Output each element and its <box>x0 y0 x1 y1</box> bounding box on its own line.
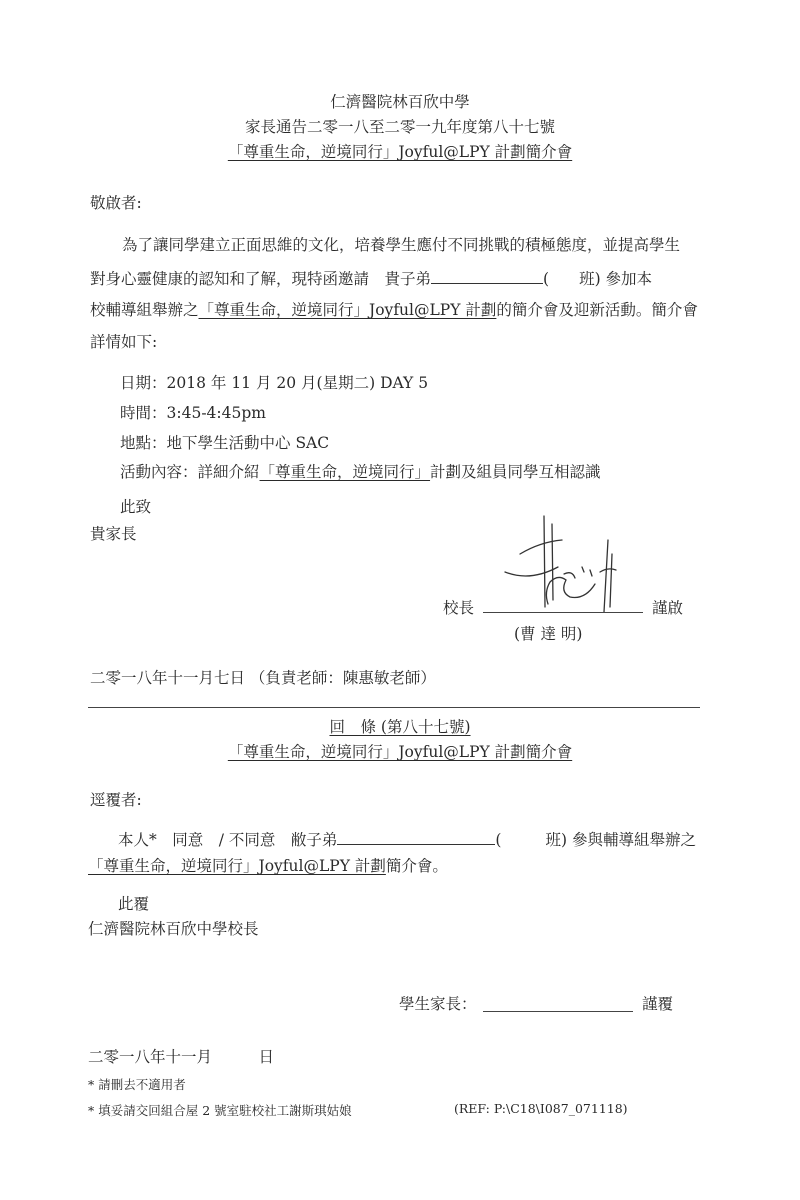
footnote-1: * 請刪去不適用者 <box>88 1075 186 1093</box>
detail-value-end: 計劃及組員同學互相認識 <box>430 463 601 481</box>
notice-title: 「尊重生命，逆境同行」Joyful@LPY 計劃簡介會 <box>228 143 572 161</box>
program-name: 「尊重生命，逆境同行」Joyful@LPY 計劃 <box>88 857 386 875</box>
reply-closing-1: 此覆 <box>118 894 149 914</box>
reply-line2-end: 簡介會。 <box>386 857 448 875</box>
detail-value: 詳細介紹 <box>198 463 260 481</box>
detail-content: 活動內容：詳細介紹「尊重生命，逆境同行」計劃及組員同學互相認識 <box>120 462 601 482</box>
reply-salutation: 逕覆者: <box>90 790 142 810</box>
closing-1: 此致 <box>120 497 151 517</box>
consent-choice[interactable]: 本人* 同意 / 不同意 敝子弟 <box>118 831 337 849</box>
reply-title: 回 條 (第八十七號) <box>329 718 470 736</box>
para1-line3: 校輔導組舉辦之「尊重生命，逆境同行」Joyful@LPY 計劃的簡介會及迎新活動… <box>90 300 698 320</box>
reply-date: 二零一八年十一月 日 <box>88 1047 274 1067</box>
parent-signature-field[interactable] <box>483 1011 633 1012</box>
reply-title-number: (第八十七號) <box>381 718 471 736</box>
reply-closing-2: 仁濟醫院林百欣中學校長 <box>88 919 259 939</box>
reply-line2: 「尊重生命，逆境同行」Joyful@LPY 計劃簡介會。 <box>88 856 448 876</box>
detail-label: 活動內容： <box>120 463 198 481</box>
para1-line4: 詳情如下: <box>90 332 157 352</box>
school-name: 仁濟醫院林百欣中學 <box>0 92 800 112</box>
reply-subtitle: 「尊重生命，逆境同行」Joyful@LPY 計劃簡介會 <box>228 743 572 761</box>
para1-line3-end: 的簡介會及迎新活動。簡介會 <box>496 301 698 319</box>
para1-line1: 為了讓同學建立正面思維的文化，培養學生應付不同挑戰的積極態度，並提高學生 <box>122 235 680 255</box>
program-name: 「尊重生命，逆境同行」Joyful@LPY 計劃 <box>199 301 497 319</box>
notice-date: 二零一八年十一月七日 （負責老師：陳惠敏老師） <box>90 668 436 688</box>
parent-label: 學生家長： <box>399 994 477 1014</box>
salutation: 敬啟者: <box>90 193 142 213</box>
para1-line2-text: 對身心靈健康的認知和了解，現特函邀請 貴子弟 <box>90 270 431 288</box>
para1-line3-text: 校輔導組舉辦之 <box>90 301 199 319</box>
principal-label: 校長 <box>443 598 474 618</box>
principal-name: (曹 達 明) <box>514 624 582 644</box>
closing-2: 貴家長 <box>90 524 137 544</box>
principal-end: 謹啟 <box>652 598 683 618</box>
notice-title-wrap: 「尊重生命，逆境同行」Joyful@LPY 計劃簡介會 <box>0 142 800 162</box>
child-name-blank[interactable] <box>337 829 495 845</box>
reply-title-wrap: 回 條 (第八十七號) <box>0 717 800 737</box>
detail-label: 地點： <box>120 434 167 452</box>
para1-line2-end: 班) 參加本 <box>579 270 652 288</box>
signature-image <box>500 512 640 622</box>
detail-value: 2018 年 11 月 20 月(星期二) DAY 5 <box>167 374 429 392</box>
student-name-blank[interactable] <box>431 268 543 284</box>
reply-subtitle-wrap: 「尊重生命，逆境同行」Joyful@LPY 計劃簡介會 <box>0 742 800 762</box>
detail-label: 時間： <box>120 404 167 422</box>
detail-value: 地下學生活動中心 SAC <box>167 434 330 452</box>
reply-line1-end: 班) 參與輔導組舉辦之 <box>545 831 695 849</box>
detail-time: 時間：3:45-4:45pm <box>120 403 266 423</box>
detail-value: 3:45-4:45pm <box>167 404 266 422</box>
detail-location: 地點：地下學生活動中心 SAC <box>120 433 329 453</box>
parent-end: 謹覆 <box>642 994 673 1014</box>
detail-date: 日期：2018 年 11 月 20 月(星期二) DAY 5 <box>120 373 428 393</box>
notice-number: 家長通告二零一八至二零一九年度第八十七號 <box>0 117 800 137</box>
paren-open: ( <box>495 831 501 849</box>
footnote-2: * 填妥請交回組合屋 2 號室駐校社工謝斯琪姑娘 <box>88 1101 352 1119</box>
reference-code: (REF: P:\C18\I087_071118) <box>454 1101 628 1116</box>
paren-open: ( <box>543 270 549 288</box>
reply-title-main: 回 條 <box>329 718 376 736</box>
para1-line2: 對身心靈健康的認知和了解，現特函邀請 貴子弟(班) 參加本 <box>90 268 652 289</box>
principal-signature-line <box>483 612 643 613</box>
reply-line1: 本人* 同意 / 不同意 敝子弟(班) 參與輔導組舉辦之 <box>118 829 696 850</box>
divider <box>88 707 700 708</box>
program-name: 「尊重生命，逆境同行」 <box>260 463 431 481</box>
detail-label: 日期： <box>120 374 167 392</box>
